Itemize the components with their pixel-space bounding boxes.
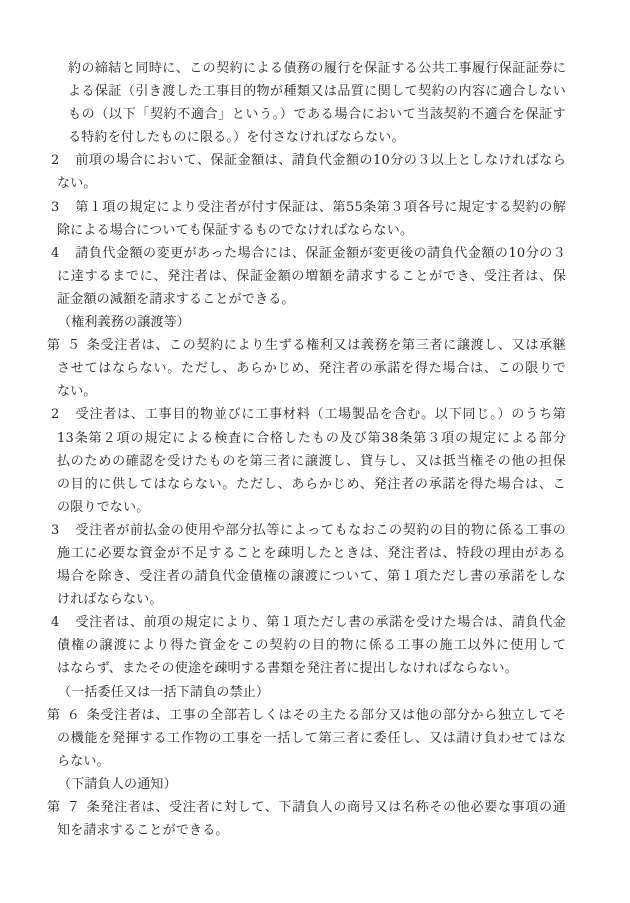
paragraph-item: 4受注者は、前項の規定により、第１項ただし書の承諾を受けた場合は、請負代金債権の… <box>47 611 566 680</box>
text-line: もの（以下「契約不適合」という。）である場合において当該契約不適合を保証す <box>47 103 566 126</box>
text-line: 第６条受注者は、工事の全部若しくはその主たる部分又は他の部分から独立してそ <box>47 704 566 727</box>
line-text: の限りでない。 <box>57 500 149 515</box>
text-line: （一括委任又は一括下請負の禁止） <box>47 681 566 704</box>
line-text: 発注者は、受注者に対して、下請負人の商号又は名称その他必要な事項の通 <box>100 800 566 815</box>
line-text: 場合を除き、受注者の請負代金債権の譲渡について、第１項ただし書の承諾をしな <box>57 569 566 584</box>
item-number: 2 <box>47 149 75 172</box>
line-text: 受注者が前払金の使用や部分払等によってもなおこの契約の目的物に係る工事の <box>75 523 566 538</box>
line-text: 請負代金額の変更があった場合には、保証金額が変更後の請負代金額の10分の３ <box>75 246 566 261</box>
text-line: に達するまでに、発注者は、保証金額の増額を請求することができ、受注者は、保 <box>47 265 566 288</box>
line-text: 知を請求することができる。 <box>57 823 229 838</box>
line-text: もの（以下「契約不適合」という。）である場合において当該契約不適合を保証す <box>68 107 566 122</box>
text-line: 4請負代金額の変更があった場合には、保証金額が変更後の請負代金額の10分の３ <box>47 242 566 265</box>
line-text: 証金額の減額を請求することができる。 <box>57 292 295 307</box>
line-text: に達するまでに、発注者は、保証金額の増額を請求することができ、受注者は、保 <box>57 269 566 284</box>
text-line: の目的に供してはならない。ただし、あらかじめ、発注者の承諾を得た場合は、こ <box>47 473 566 496</box>
line-text: （下請負人の通知） <box>58 777 177 792</box>
text-line: の機能を発揮する工作物の工事を一括して第三者に委任し、又は請け負わせてはな <box>47 727 566 750</box>
paragraph-item: 3第１項の規定により受注者が付す保証は、第55条第３項各号に規定する契約の解除に… <box>47 196 566 242</box>
text-line: 払のための確認を受けたものを第三者に譲渡し、貸与し、又は抵当権その他の担保 <box>47 450 566 473</box>
text-line: よる保証（引き渡した工事目的物が種類又は品質に関して契約の内容に適合しない <box>47 80 566 103</box>
line-text: 施工に必要な資金が不足することを疎明したときは、発注者は、特段の理由がある <box>57 546 566 561</box>
paragraph-item: 4請負代金額の変更があった場合には、保証金額が変更後の請負代金額の10分の３に達… <box>47 242 566 311</box>
line-text: 払のための確認を受けたものを第三者に譲渡し、貸与し、又は抵当権その他の担保 <box>57 454 566 469</box>
text-line: ない。 <box>47 172 566 195</box>
line-text: らない。 <box>57 754 110 769</box>
contract-text-block: 約の締結と同時に、この契約による債務の履行を保証する公共工事履行保証証券による保… <box>47 57 566 842</box>
paragraph-article: 第７条発注者は、受注者に対して、下請負人の商号又は名称その他必要な事項の通知を請… <box>47 796 566 842</box>
line-text: 第１項の規定により受注者が付す保証は、第55条第３項各号に規定する契約の解 <box>75 200 566 215</box>
text-line: 2受注者は、工事目的物並びに工事材料（工場製品を含む。以下同じ。）のうち第 <box>47 403 566 426</box>
line-text: 受注者は、工事目的物並びに工事材料（工場製品を含む。以下同じ。）のうち第 <box>75 407 566 422</box>
text-line: 2前項の場合において、保証金額は、請負代金額の10分の３以上としなければなら <box>47 149 566 172</box>
line-text: 債権の譲渡により得た資金をこの契約の目的物に係る工事の施工以外に使用して <box>57 638 566 653</box>
text-line: らない。 <box>47 750 566 773</box>
line-text: 受注者は、工事の全部若しくはその主たる部分又は他の部分から独立してそ <box>100 708 566 723</box>
text-line: 第５条受注者は、この契約により生ずる権利又は義務を第三者に譲渡し、又は承継 <box>47 334 566 357</box>
text-line: 4受注者は、前項の規定により、第１項ただし書の承諾を受けた場合は、請負代金 <box>47 611 566 634</box>
text-line: 3受注者が前払金の使用や部分払等によってもなおこの契約の目的物に係る工事の <box>47 519 566 542</box>
text-line: 知を請求することができる。 <box>47 819 566 842</box>
article-number: 第５条 <box>47 334 100 357</box>
text-line: はならず、またその使途を疎明する書類を発注者に提出しなければならない。 <box>47 657 566 680</box>
line-text: ない。 <box>57 176 97 191</box>
line-text: はならず、またその使途を疎明する書類を発注者に提出しなければならない。 <box>57 661 518 676</box>
article-number: 第７条 <box>47 796 100 819</box>
paragraph-heading: （権利義務の譲渡等） <box>47 311 566 334</box>
paragraph-article: 第６条受注者は、工事の全部若しくはその主たる部分又は他の部分から独立してその機能… <box>47 704 566 773</box>
text-line: 13条第２項の規定による検査に合格したもの及び第38条第３項の規定による部分 <box>47 427 566 450</box>
line-text: させてはならない。ただし、あらかじめ、発注者の承諾を得た場合は、この限りで <box>57 361 566 376</box>
line-text: の目的に供してはならない。ただし、あらかじめ、発注者の承諾を得た場合は、こ <box>57 477 566 492</box>
text-line: 第７条発注者は、受注者に対して、下請負人の商号又は名称その他必要な事項の通 <box>47 796 566 819</box>
text-line: 3第１項の規定により受注者が付す保証は、第55条第３項各号に規定する契約の解 <box>47 196 566 219</box>
line-text: 前項の場合において、保証金額は、請負代金額の10分の３以上としなければなら <box>75 153 566 168</box>
text-line: （下請負人の通知） <box>47 773 566 796</box>
text-line: る特約を付したものに限る。）を付さなければならない。 <box>47 126 566 149</box>
item-number: 3 <box>47 196 75 219</box>
line-text: る特約を付したものに限る。）を付さなければならない。 <box>68 130 405 145</box>
text-line: 場合を除き、受注者の請負代金債権の譲渡について、第１項ただし書の承諾をしな <box>47 565 566 588</box>
line-text: よる保証（引き渡した工事目的物が種類又は品質に関して契約の内容に適合しない <box>68 84 566 99</box>
text-line: ない。 <box>47 380 566 403</box>
item-number: 4 <box>47 611 75 634</box>
line-text: の機能を発揮する工作物の工事を一括して第三者に委任し、又は請け負わせてはな <box>57 731 566 746</box>
text-line: 除による場合についても保証するものでなければならない。 <box>47 219 566 242</box>
text-line: 約の締結と同時に、この契約による債務の履行を保証する公共工事履行保証証券に <box>47 57 566 80</box>
line-text: 受注者は、この契約により生ずる権利又は義務を第三者に譲渡し、又は承継 <box>100 338 566 353</box>
item-number: 2 <box>47 403 75 426</box>
document-page: 約の締結と同時に、この契約による債務の履行を保証する公共工事履行保証証券による保… <box>0 0 630 903</box>
text-line: 債権の譲渡により得た資金をこの契約の目的物に係る工事の施工以外に使用して <box>47 634 566 657</box>
text-line: 施工に必要な資金が不足することを疎明したときは、発注者は、特段の理由がある <box>47 542 566 565</box>
text-line: させてはならない。ただし、あらかじめ、発注者の承諾を得た場合は、この限りで <box>47 357 566 380</box>
line-text: 約の締結と同時に、この契約による債務の履行を保証する公共工事履行保証証券に <box>68 61 566 76</box>
article-number: 第６条 <box>47 704 100 727</box>
line-text: ければならない。 <box>57 592 163 607</box>
paragraph-article: 第５条受注者は、この契約により生ずる権利又は義務を第三者に譲渡し、又は承継させて… <box>47 334 566 403</box>
text-line: の限りでない。 <box>47 496 566 519</box>
line-text: ない。 <box>57 384 97 399</box>
line-text: （一括委任又は一括下請負の禁止） <box>58 685 269 700</box>
paragraph-fragment: 約の締結と同時に、この契約による債務の履行を保証する公共工事履行保証証券による保… <box>47 57 566 149</box>
line-text: 13条第２項の規定による検査に合格したもの及び第38条第３項の規定による部分 <box>57 431 566 446</box>
text-line: 証金額の減額を請求することができる。 <box>47 288 566 311</box>
paragraph-item: 2前項の場合において、保証金額は、請負代金額の10分の３以上としなければならない… <box>47 149 566 195</box>
item-number: 3 <box>47 519 75 542</box>
line-text: 受注者は、前項の規定により、第１項ただし書の承諾を受けた場合は、請負代金 <box>75 615 566 630</box>
paragraph-heading: （一括委任又は一括下請負の禁止） <box>47 681 566 704</box>
paragraph-item: 2受注者は、工事目的物並びに工事材料（工場製品を含む。以下同じ。）のうち第13条… <box>47 403 566 518</box>
item-number: 4 <box>47 242 75 265</box>
line-text: 除による場合についても保証するものでなければならない。 <box>57 223 413 238</box>
text-line: （権利義務の譲渡等） <box>47 311 566 334</box>
line-text: （権利義務の譲渡等） <box>58 315 190 330</box>
text-line: ければならない。 <box>47 588 566 611</box>
paragraph-item: 3受注者が前払金の使用や部分払等によってもなおこの契約の目的物に係る工事の施工に… <box>47 519 566 611</box>
paragraph-heading: （下請負人の通知） <box>47 773 566 796</box>
